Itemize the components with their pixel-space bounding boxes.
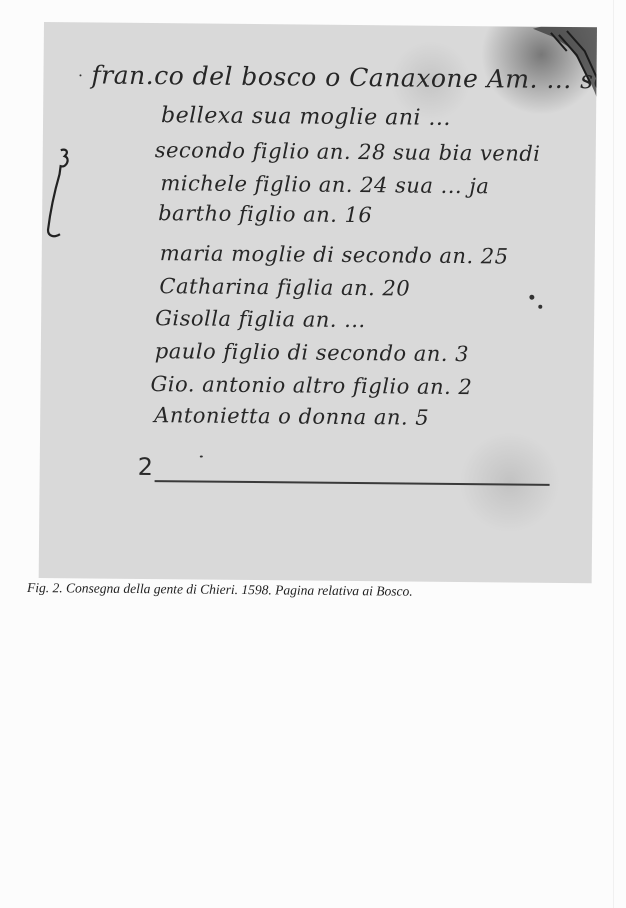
manuscript-line: secondo figlio an. 28 sua bia vendi: [155, 138, 541, 166]
page-edge: [613, 0, 614, 908]
ink-speck: [200, 456, 203, 458]
manuscript-line: Antonietta o donna an. 5: [154, 403, 429, 430]
ink-speck: [79, 74, 81, 76]
manuscript-line: bartho figlio an. 16: [158, 201, 372, 227]
figure-caption: Fig. 2. Consegna della gente di Chieri. …: [27, 580, 413, 600]
manuscript-line: paulo figlio di secondo an. 3: [155, 339, 469, 366]
manuscript-line: maria moglie di secondo an. 25: [160, 241, 509, 268]
total-count-mark: 2: [138, 453, 154, 481]
ink-speck: [538, 305, 542, 309]
manuscript-line: Catharina figlia an. 20: [159, 274, 410, 300]
margin-bracket-mark: [44, 122, 75, 242]
manuscript-line: Gio. antonio altro figlio an. 2: [150, 372, 472, 399]
manuscript-line: bellexa sua moglie ani ...: [161, 103, 451, 131]
manuscript-line: Gisolla figlia an. ...: [155, 306, 366, 332]
book-page: fran.co del bosco o Canaxone Am. ... ses…: [0, 0, 626, 908]
manuscript-line: michele figlio an. 24 sua ... ja: [160, 171, 489, 198]
ink-speck: [529, 295, 534, 300]
manuscript-line-head: fran.co del bosco o Canaxone Am. ... ses…: [91, 60, 597, 94]
manuscript-photo: fran.co del bosco o Canaxone Am. ... ses…: [39, 22, 597, 583]
